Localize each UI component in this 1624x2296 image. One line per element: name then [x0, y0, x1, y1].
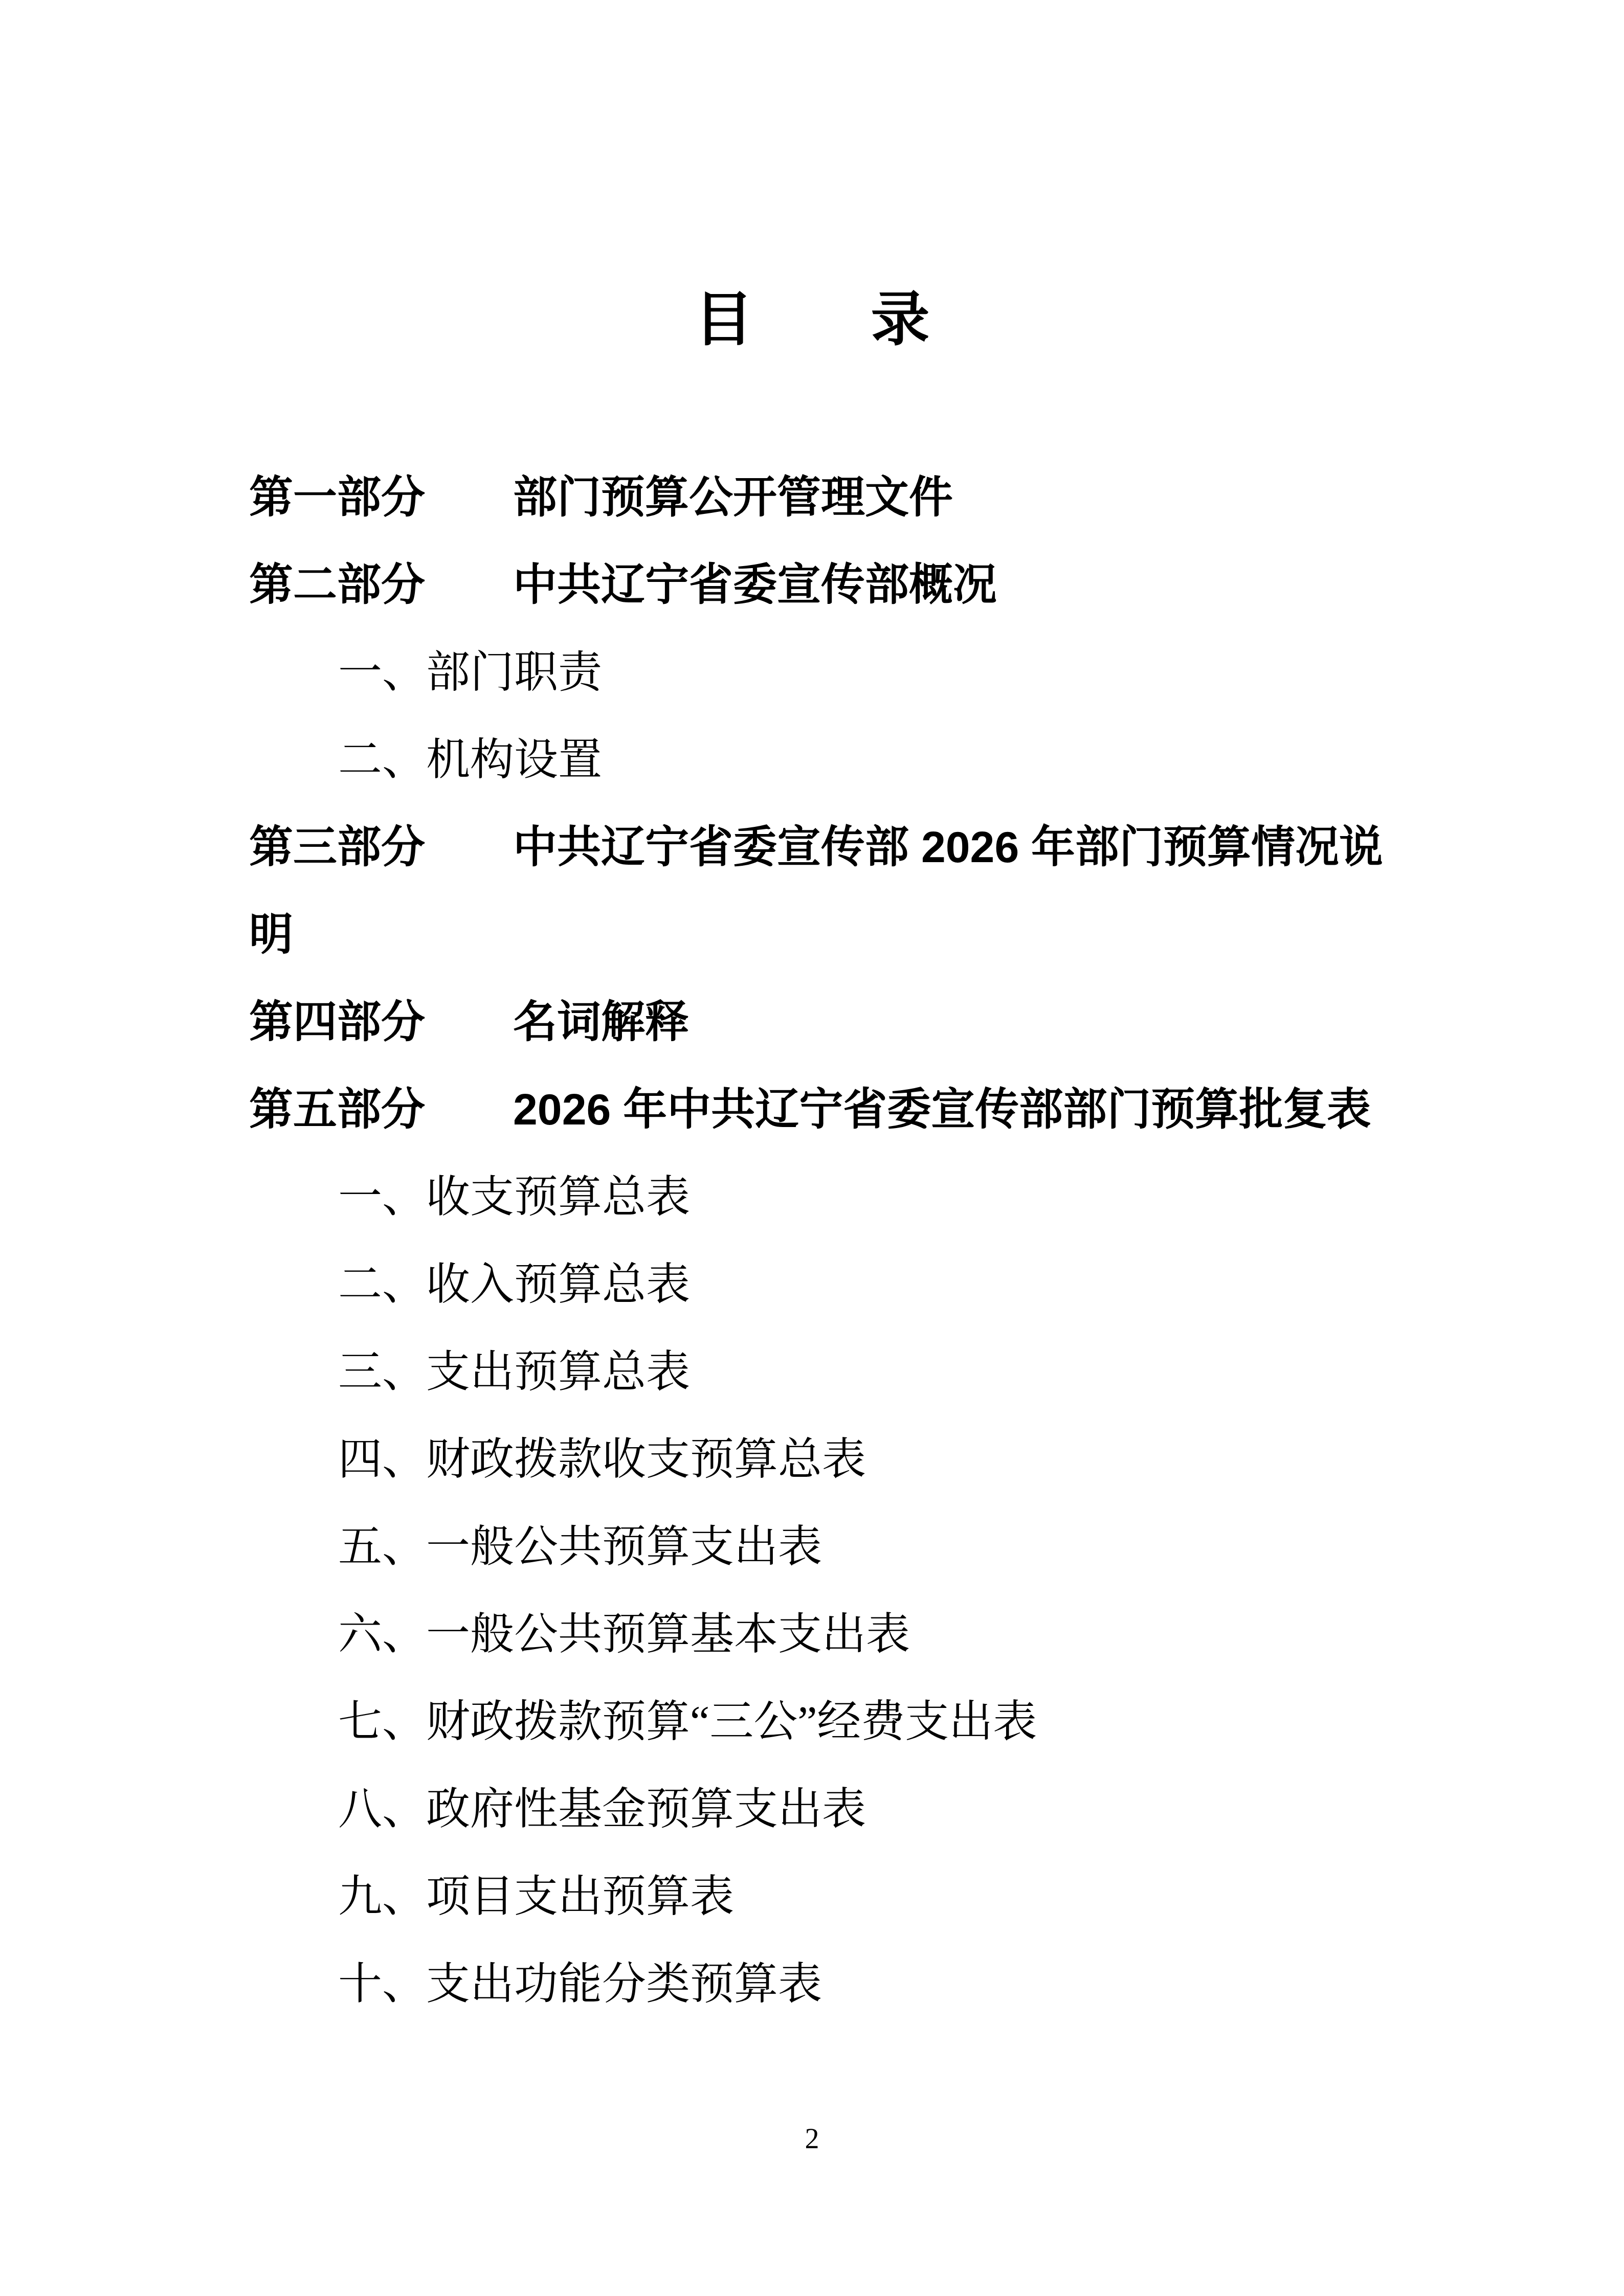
toc-item: 八、政府性基金预算支出表 [249, 1766, 1507, 1853]
toc-part-heading: 第二部分 中共辽宁省委宣传部概况 [249, 542, 1507, 629]
page-number: 2 [0, 2121, 1624, 2157]
toc-part-heading: 第四部分 名词解释 [249, 979, 1507, 1066]
toc-item: 一、部门职责 [249, 629, 1507, 716]
toc-item: 二、机构设置 [249, 716, 1507, 804]
toc-item: 七、财政拨款预算“三公”经费支出表 [249, 1678, 1507, 1766]
toc-item: 六、一般公共预算基本支出表 [249, 1591, 1507, 1678]
toc-item: 五、一般公共预算支出表 [249, 1503, 1507, 1591]
toc-part-heading: 第一部分 部门预算公开管理文件 [249, 454, 1507, 542]
toc-item: 四、财政拨款收支预算总表 [249, 1416, 1507, 1503]
document-page: 目 录 第一部分 部门预算公开管理文件第二部分 中共辽宁省委宣传部概况一、部门职… [0, 0, 1624, 2296]
table-of-contents: 第一部分 部门预算公开管理文件第二部分 中共辽宁省委宣传部概况一、部门职责二、机… [249, 454, 1507, 2028]
toc-item: 十、支出功能分类预算表 [249, 1941, 1507, 2028]
toc-item: 二、收入预算总表 [249, 1241, 1507, 1329]
toc-item: 三、支出预算总表 [249, 1329, 1507, 1416]
toc-part-heading: 第三部分 中共辽宁省委宣传部 2026 年部门预算情况说 明 [249, 804, 1507, 979]
toc-item: 一、收支预算总表 [249, 1154, 1507, 1241]
toc-part-heading: 第五部分 2026 年中共辽宁省委宣传部部门预算批复表 [249, 1066, 1507, 1154]
toc-item: 九、项目支出预算表 [249, 1853, 1507, 1941]
page-title: 目 录 [0, 276, 1624, 364]
